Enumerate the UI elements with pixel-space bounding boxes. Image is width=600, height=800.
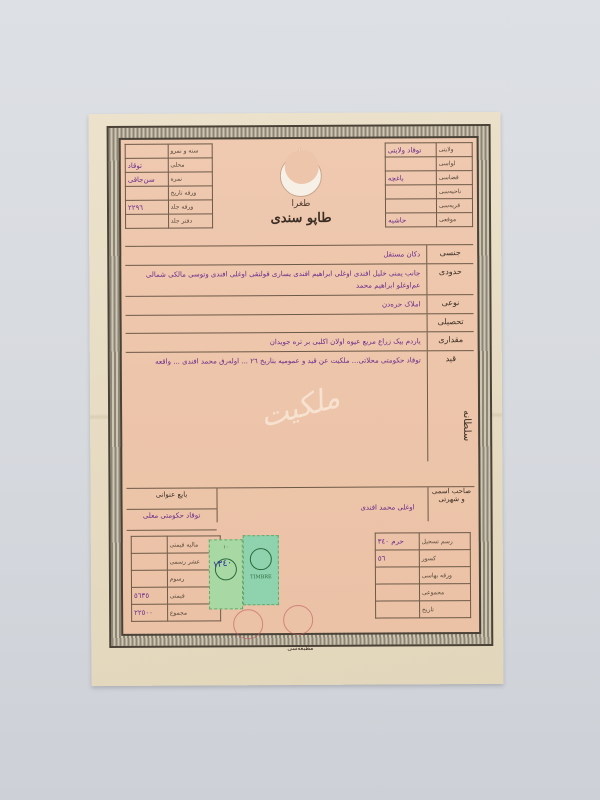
seller-label: بایع عنوانی bbox=[126, 488, 216, 509]
cell-label: موقعی bbox=[437, 213, 473, 227]
cell-value bbox=[385, 199, 436, 213]
cell-value bbox=[131, 553, 167, 570]
cell-label: لواسی bbox=[436, 157, 472, 171]
deed-paper: ملکیت سنه و نمرو توقادمحلی سن‌جاقینمره و… bbox=[89, 112, 504, 686]
cell-value bbox=[125, 186, 168, 200]
cell-label: قضاسی bbox=[436, 171, 472, 185]
stamp-label: TIMBRE bbox=[250, 574, 272, 580]
property-details: جنسی دکان مستقل حدودی جانب یمنی خلیل افن… bbox=[125, 244, 474, 463]
row-value bbox=[126, 314, 427, 333]
row-quantity: مقداری یاردم بیک زراع مربع عیوه اولان اک… bbox=[126, 331, 474, 352]
row-acquisition: تحصیلی bbox=[126, 313, 474, 333]
cell-label: نمره bbox=[168, 172, 212, 186]
cell-value: توقاد bbox=[125, 158, 168, 172]
row-type: جنسی دکان مستقل bbox=[125, 244, 473, 265]
red-seal-icon bbox=[233, 609, 263, 639]
ornamental-border: ملکیت سنه و نمرو توقادمحلی سن‌جاقینمره و… bbox=[107, 124, 494, 648]
row-value: املاک حره‌دن bbox=[125, 295, 426, 315]
seller-box: بایع عنوانی توقاد حکومتی معلی bbox=[126, 488, 217, 522]
fee-right-table: حرم ٣٤٠رسم تسجیل ٥٦کسور ورقه بهاسی مجموع… bbox=[375, 532, 471, 619]
sultan-monogram: سلطانه bbox=[432, 376, 473, 476]
cell-label: ورقه جلد bbox=[168, 200, 212, 214]
cell-label: ولایتی bbox=[436, 143, 472, 157]
cell-value bbox=[375, 584, 419, 601]
cell-value: ٢٢٩٦ bbox=[125, 200, 168, 214]
row-kind: نوعی املاک حره‌دن bbox=[125, 294, 473, 315]
tughra: طغرا bbox=[261, 199, 341, 209]
cell-label: ورقه تاریخ bbox=[168, 186, 212, 200]
cell-value: حرم ٣٤٠ bbox=[375, 533, 419, 550]
row-label: حدودی bbox=[426, 264, 473, 294]
cell-label: کسور bbox=[419, 550, 470, 567]
owner-name: اوغلی محمد افندی bbox=[267, 503, 415, 512]
row-value: دکان مستقل bbox=[125, 245, 426, 265]
stamp-value: ١٠ bbox=[223, 544, 228, 550]
cell-value bbox=[125, 144, 168, 158]
printer-mark: مطبعه‌سی bbox=[287, 645, 313, 652]
cell-value bbox=[126, 214, 169, 228]
cell-value: باغچه bbox=[385, 171, 436, 185]
crescent-icon bbox=[280, 155, 322, 197]
cell-label: مجموعی bbox=[419, 584, 470, 601]
cell-label: ناحیه‌سی bbox=[436, 185, 472, 199]
cell-value bbox=[131, 570, 167, 587]
stamp-emblem-icon bbox=[250, 548, 272, 570]
cell-value bbox=[376, 601, 420, 618]
row-value: جانب یمنی خلیل افندی اوغلی ابراهیم افندی… bbox=[125, 264, 426, 296]
row-label: تحصیلی bbox=[427, 314, 474, 331]
cell-label: دفتر جلد bbox=[168, 214, 212, 228]
cell-label: سنه و نمرو bbox=[168, 144, 212, 158]
fee-left-table: مالیه قیمتی عشر رسمی رسوم ٥٦٣٥قیمتی ٢٢٥٠… bbox=[131, 535, 221, 621]
cell-value: سن‌جاقی bbox=[125, 172, 168, 186]
owner-label-box: صاحب اسمی و شهرتی bbox=[427, 487, 474, 521]
owner-label: صاحب اسمی bbox=[428, 487, 474, 495]
state-emblem: ★ طغرا طاپو سندی bbox=[261, 145, 341, 235]
seller-value: توقاد حکومتی معلی bbox=[127, 509, 217, 530]
form-area: ملکیت سنه و نمرو توقادمحلی سن‌جاقینمره و… bbox=[119, 136, 482, 636]
row-label: نوعی bbox=[426, 295, 473, 313]
red-seal-icon bbox=[283, 605, 313, 635]
header-right-table: توقاد ولایتیولایتی لواسی باغچهقضاسی ناحی… bbox=[385, 142, 473, 227]
owner-section: بایع عنوانی توقاد حکومتی معلی اوغلی محمد… bbox=[126, 486, 474, 523]
row-boundaries: حدودی جانب یمنی خلیل افندی اوغلی ابراهیم… bbox=[125, 263, 473, 296]
row-label: جنسی bbox=[426, 245, 473, 263]
cell-value bbox=[131, 536, 167, 553]
cell-label: تاریخ bbox=[419, 601, 470, 618]
revenue-stamp-2: TIMBRE bbox=[243, 535, 279, 605]
row-label: مقداری bbox=[427, 332, 474, 350]
row-value: توقاد حکومتی محلاتی... ملکیت عن قید و عم… bbox=[126, 351, 428, 463]
cell-label: قریه‌سی bbox=[436, 199, 472, 213]
document-title: طاپو سندی bbox=[261, 211, 341, 226]
cell-label: ورقه بهاسی bbox=[419, 567, 470, 584]
cell-value bbox=[385, 185, 436, 199]
cell-value bbox=[375, 567, 419, 584]
header-left-table: سنه و نمرو توقادمحلی سن‌جاقینمره ورقه تا… bbox=[125, 143, 213, 228]
owner-label-2: و شهرتی bbox=[429, 495, 475, 503]
cell-value: توقاد ولایتی bbox=[385, 143, 436, 157]
cell-value: حاشیه bbox=[386, 213, 437, 227]
revenue-stamp-1: ١٠ bbox=[209, 539, 243, 609]
row-value: یاردم بیک زراع مربع عیوه اولان اکلبی بر … bbox=[126, 332, 427, 352]
cell-value: ٢٢٥٠٠ bbox=[132, 604, 168, 621]
cell-value: ٥٦ bbox=[375, 550, 419, 567]
row-record: قید توقاد حکومتی محلاتی... ملکیت عن قید … bbox=[126, 350, 475, 463]
cell-value: ٥٦٣٥ bbox=[131, 587, 167, 604]
cell-value bbox=[385, 157, 436, 171]
cell-label: رسم تسجیل bbox=[419, 533, 470, 550]
cell-label: محلی bbox=[168, 158, 212, 172]
